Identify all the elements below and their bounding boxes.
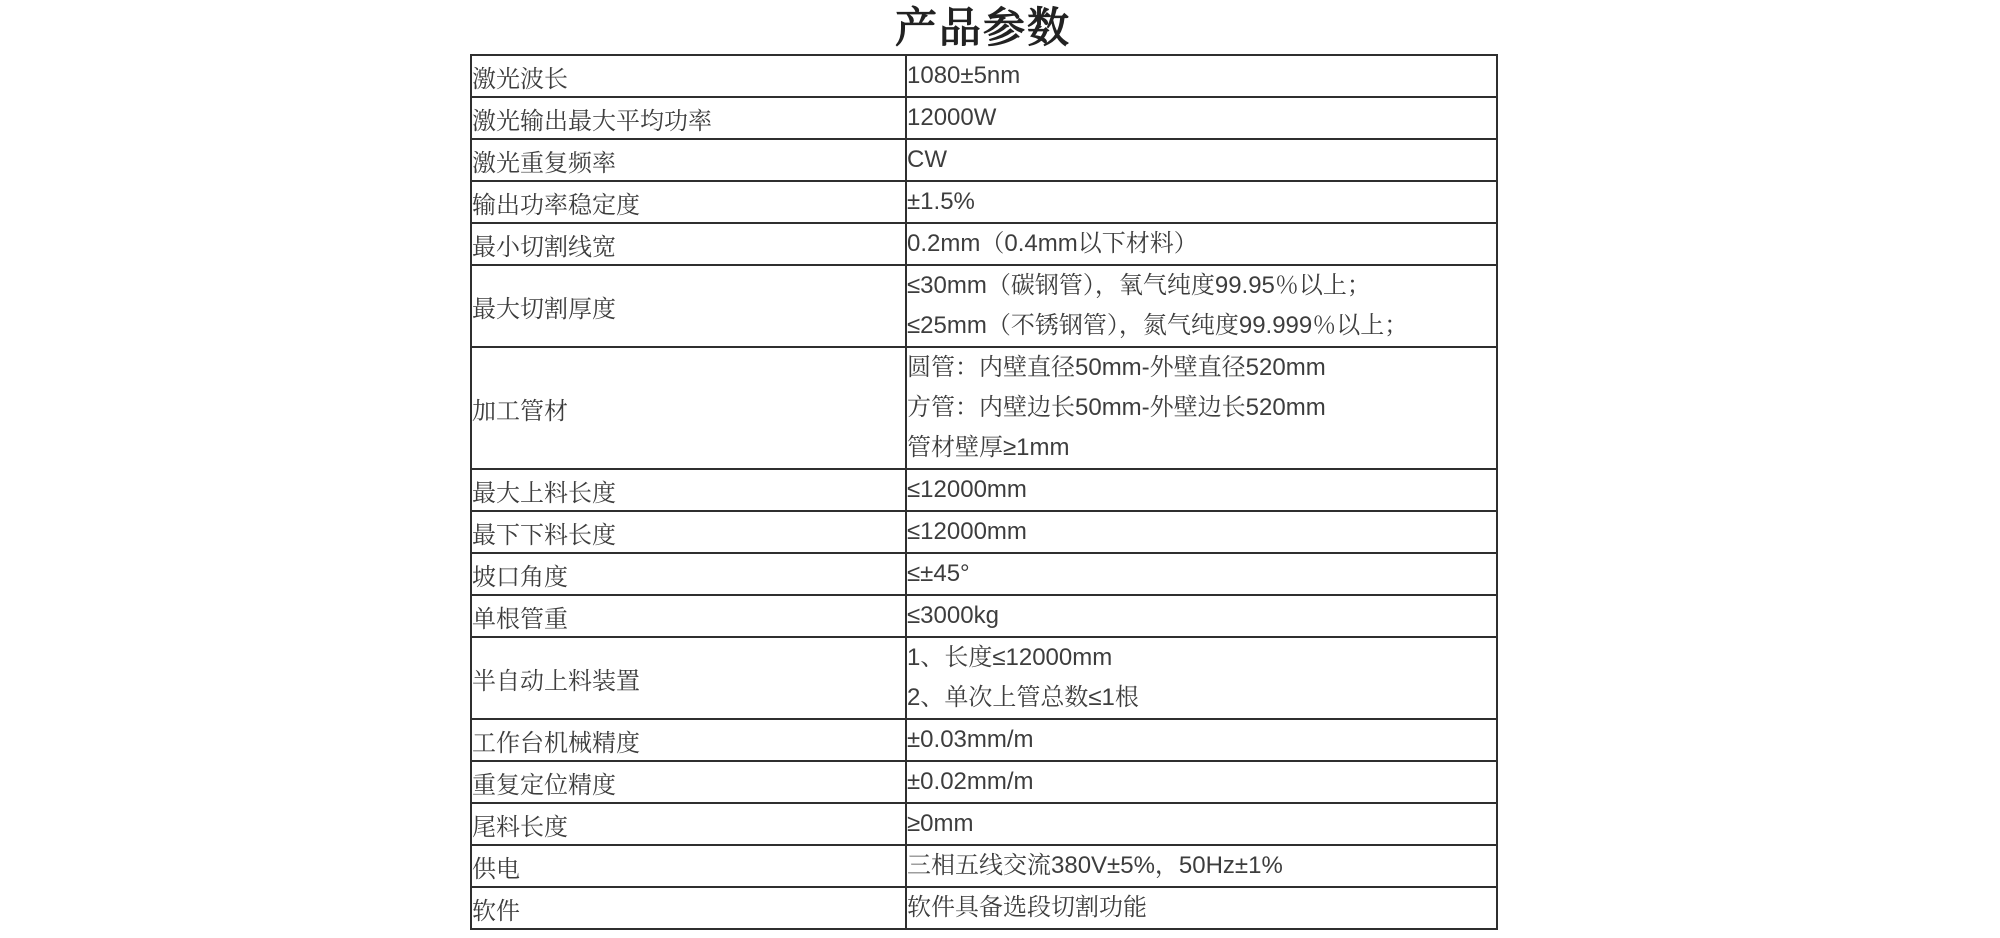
table-row: 最小切割线宽0.2mm（0.4mm以下材料）	[471, 223, 1497, 265]
table-row: 最大上料长度≤12000mm	[471, 469, 1497, 511]
spec-value-line: ≤3000kg	[907, 596, 1496, 636]
spec-label: 激光重复频率	[471, 139, 906, 181]
spec-label: 输出功率稳定度	[471, 181, 906, 223]
spec-label: 激光输出最大平均功率	[471, 97, 906, 139]
spec-value: CW	[906, 139, 1497, 181]
spec-value-line: 2、单次上管总数≤1根	[907, 678, 1496, 718]
spec-value-line: 1080±5nm	[907, 56, 1496, 96]
spec-value: ≤30mm（碳钢管），氧气纯度99.95％以上；≤25mm（不锈钢管），氮气纯度…	[906, 265, 1497, 347]
spec-value: ≤±45°	[906, 553, 1497, 595]
spec-value-line: ≤±45°	[907, 554, 1496, 594]
product-spec-table: 激光波长1080±5nm激光输出最大平均功率12000W激光重复频率CW输出功率…	[470, 54, 1498, 930]
table-row: 软件软件具备选段切割功能	[471, 887, 1497, 929]
spec-label: 单根管重	[471, 595, 906, 637]
spec-value-line: 12000W	[907, 98, 1496, 138]
spec-value: ≤12000mm	[906, 511, 1497, 553]
table-row: 尾料长度≥0mm	[471, 803, 1497, 845]
spec-value-line: ≤25mm（不锈钢管），氮气纯度99.999％以上；	[907, 306, 1496, 346]
table-row: 最大切割厚度≤30mm（碳钢管），氧气纯度99.95％以上；≤25mm（不锈钢管…	[471, 265, 1497, 347]
spec-label: 最大上料长度	[471, 469, 906, 511]
spec-label: 供电	[471, 845, 906, 887]
spec-label: 工作台机械精度	[471, 719, 906, 761]
table-row: 最下下料长度≤12000mm	[471, 511, 1497, 553]
spec-value: 12000W	[906, 97, 1497, 139]
spec-value: 1、长度≤12000mm2、单次上管总数≤1根	[906, 637, 1497, 719]
table-row: 坡口角度≤±45°	[471, 553, 1497, 595]
spec-label: 软件	[471, 887, 906, 929]
page-title: 产品参数	[470, 0, 1496, 52]
spec-label: 加工管材	[471, 347, 906, 469]
spec-value: 1080±5nm	[906, 55, 1497, 97]
spec-value-line: 三相五线交流380V±5%，50Hz±1%	[907, 846, 1496, 886]
product-spec-sheet: 产品参数 激光波长1080±5nm激光输出最大平均功率12000W激光重复频率C…	[470, 0, 1496, 930]
table-row: 半自动上料装置1、长度≤12000mm2、单次上管总数≤1根	[471, 637, 1497, 719]
spec-value-line: 方管：内壁边长50mm-外壁边长520mm	[907, 388, 1496, 428]
spec-label: 重复定位精度	[471, 761, 906, 803]
spec-value: ≤3000kg	[906, 595, 1497, 637]
table-row: 加工管材圆管：内壁直径50mm-外壁直径520mm方管：内壁边长50mm-外壁边…	[471, 347, 1497, 469]
spec-label: 最小切割线宽	[471, 223, 906, 265]
spec-value: 圆管：内壁直径50mm-外壁直径520mm方管：内壁边长50mm-外壁边长520…	[906, 347, 1497, 469]
table-row: 激光输出最大平均功率12000W	[471, 97, 1497, 139]
spec-value-line: ≥0mm	[907, 804, 1496, 844]
spec-label: 最下下料长度	[471, 511, 906, 553]
spec-label: 坡口角度	[471, 553, 906, 595]
spec-value-line: 圆管：内壁直径50mm-外壁直径520mm	[907, 348, 1496, 388]
spec-label: 最大切割厚度	[471, 265, 906, 347]
spec-value: 0.2mm（0.4mm以下材料）	[906, 223, 1497, 265]
table-row: 重复定位精度±0.02mm/m	[471, 761, 1497, 803]
spec-value-line: ≤30mm（碳钢管），氧气纯度99.95％以上；	[907, 266, 1496, 306]
table-row: 激光重复频率CW	[471, 139, 1497, 181]
table-row: 激光波长1080±5nm	[471, 55, 1497, 97]
spec-table-body: 激光波长1080±5nm激光输出最大平均功率12000W激光重复频率CW输出功率…	[471, 55, 1497, 929]
table-row: 输出功率稳定度±1.5%	[471, 181, 1497, 223]
spec-label: 激光波长	[471, 55, 906, 97]
spec-value-line: 1、长度≤12000mm	[907, 638, 1496, 678]
table-row: 工作台机械精度±0.03mm/m	[471, 719, 1497, 761]
spec-value: ±0.03mm/m	[906, 719, 1497, 761]
spec-value-line: 0.2mm（0.4mm以下材料）	[907, 224, 1496, 264]
spec-value: ±0.02mm/m	[906, 761, 1497, 803]
spec-value: ±1.5%	[906, 181, 1497, 223]
spec-value-line: ±1.5%	[907, 182, 1496, 222]
spec-value-line: ≤12000mm	[907, 512, 1496, 552]
spec-value-line: CW	[907, 140, 1496, 180]
spec-value: 软件具备选段切割功能	[906, 887, 1497, 929]
table-row: 单根管重≤3000kg	[471, 595, 1497, 637]
spec-value-line: 软件具备选段切割功能	[907, 888, 1496, 928]
table-row: 供电三相五线交流380V±5%，50Hz±1%	[471, 845, 1497, 887]
spec-value-line: ±0.02mm/m	[907, 762, 1496, 802]
spec-value: ≥0mm	[906, 803, 1497, 845]
spec-value-line: ≤12000mm	[907, 470, 1496, 510]
spec-label: 半自动上料装置	[471, 637, 906, 719]
spec-label: 尾料长度	[471, 803, 906, 845]
spec-value: 三相五线交流380V±5%，50Hz±1%	[906, 845, 1497, 887]
spec-value-line: ±0.03mm/m	[907, 720, 1496, 760]
spec-value-line: 管材壁厚≥1mm	[907, 428, 1496, 468]
spec-value: ≤12000mm	[906, 469, 1497, 511]
